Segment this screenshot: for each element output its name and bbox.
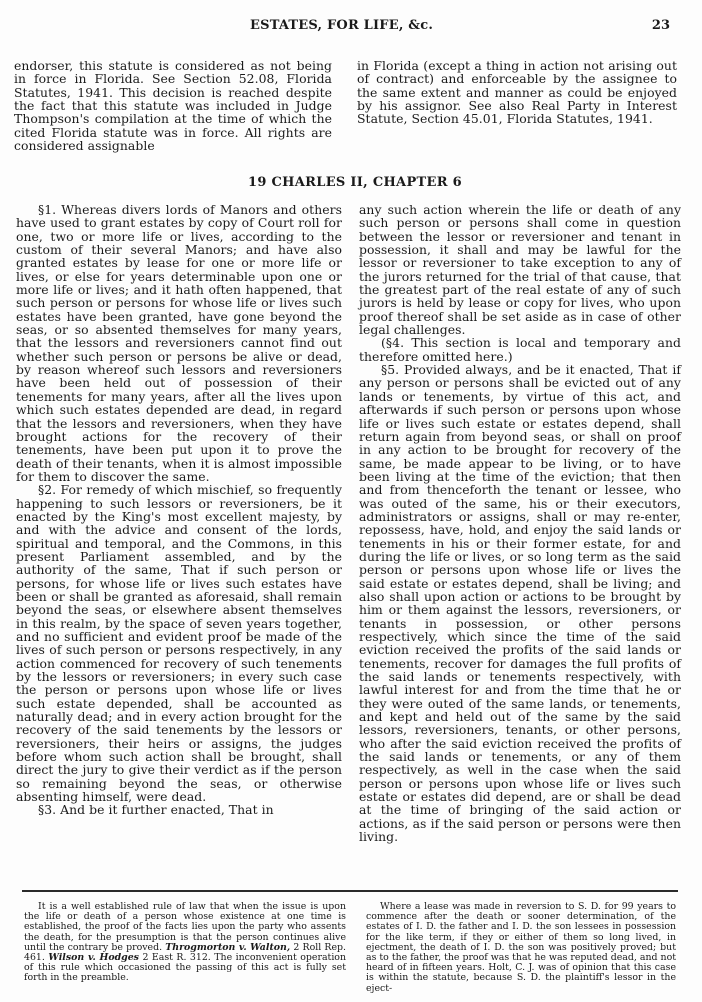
running-title: ESTATES, FOR LIFE, &c.: [250, 18, 433, 33]
footnote-paragraph: Where a lease was made in reversion to S…: [366, 902, 676, 994]
commentary-right-column: in Florida (except a thing in action not…: [357, 59, 677, 126]
section-5: §5. Provided always, and be it enacted, …: [359, 363, 681, 843]
footnote-paragraph: It is a well established rule of law tha…: [24, 902, 346, 984]
chapter-heading: 19 CHARLES II, CHAPTER 6: [0, 175, 702, 190]
statute-left-column: §1. Whereas divers lords of Manors and o…: [16, 203, 342, 817]
page-number: 23: [652, 18, 670, 33]
commentary-paragraph: in Florida (except a thing in action not…: [357, 59, 677, 126]
footnote-divider: [22, 890, 678, 892]
document-page: ESTATES, FOR LIFE, &c. 23 endorser, this…: [0, 0, 702, 1002]
commentary-left-column: endorser, this statute is considered as …: [14, 59, 332, 152]
footnote-left: It is a well established rule of law tha…: [24, 902, 346, 984]
commentary-paragraph: endorser, this statute is considered as …: [14, 59, 332, 152]
section-3-start: §3. And be it further enacted, That in: [16, 803, 342, 816]
section-1: §1. Whereas divers lords of Manors and o…: [16, 203, 342, 483]
running-header: ESTATES, FOR LIFE, &c. 23: [0, 18, 702, 38]
section-4: (§4. This section is local and temporary…: [359, 336, 681, 363]
statute-right-column: any such action wherein the life or deat…: [359, 203, 681, 844]
section-2: §2. For remedy of which mischief, so fre…: [16, 483, 342, 803]
section-3-continued: any such action wherein the life or deat…: [359, 203, 681, 336]
footnote-right: Where a lease was made in reversion to S…: [366, 902, 676, 994]
